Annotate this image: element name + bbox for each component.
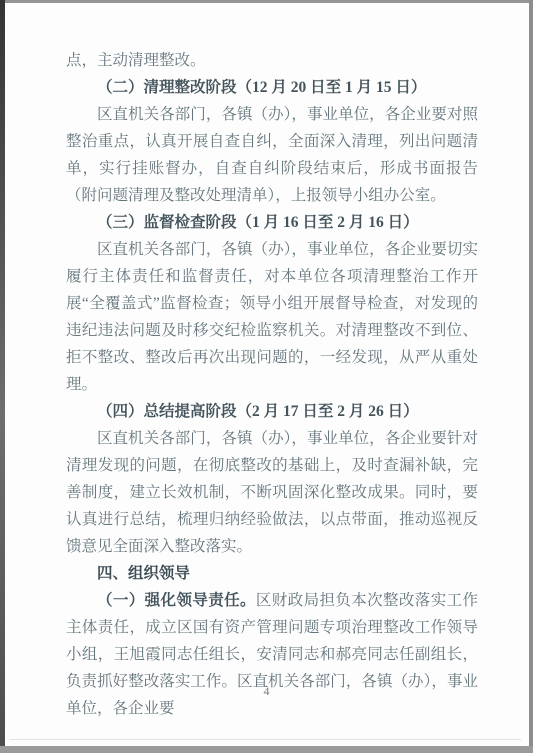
para-phase-summary-improvement: 区直机关各部门，各镇（办），事业单位，各企业要针对清理发现的问题，在彻底整改的基… (66, 425, 478, 560)
heading-phase-cleanup-rectification: （二）清理整改阶段（12 月 20 日至 1 月 15 日） (66, 74, 478, 101)
continuation-line: 点，主动清理整改。 (66, 47, 478, 74)
scan-edge-right (529, 0, 533, 753)
scan-edge-left (0, 0, 5, 753)
lead-emphasis-strengthen-leadership: （一）强化领导责任。 (97, 592, 256, 609)
para-leadership-responsibility: （一）强化领导责任。区财政局担负本次整改落实工作主体责任，成立区国有资产管理问题… (66, 587, 478, 722)
section-heading-organization-leadership: 四、组织领导 (66, 560, 478, 587)
scan-edge-top (0, 0, 533, 3)
page-number: 4 (0, 683, 533, 699)
heading-phase-supervision-inspection: （三）监督检查阶段（1 月 16 日至 2 月 16 日） (66, 209, 478, 236)
scanned-page: 点，主动清理整改。 （二）清理整改阶段（12 月 20 日至 1 月 15 日）… (0, 0, 533, 753)
scan-edge-bottom (0, 746, 533, 753)
para-phase-cleanup-rectification: 区直机关各部门，各镇（办），事业单位，各企业要对照整治重点，认真开展自查自纠，全… (66, 101, 478, 209)
heading-phase-summary-improvement: （四）总结提高阶段（2 月 17 日至 2 月 26 日） (66, 398, 478, 425)
document-body: 点，主动清理整改。 （二）清理整改阶段（12 月 20 日至 1 月 15 日）… (66, 47, 478, 722)
page-bottom-crease (10, 739, 521, 740)
para-phase-supervision-inspection: 区直机关各部门，各镇（办），事业单位，各企业要切实履行主体责任和监督责任，对本单… (66, 236, 478, 398)
